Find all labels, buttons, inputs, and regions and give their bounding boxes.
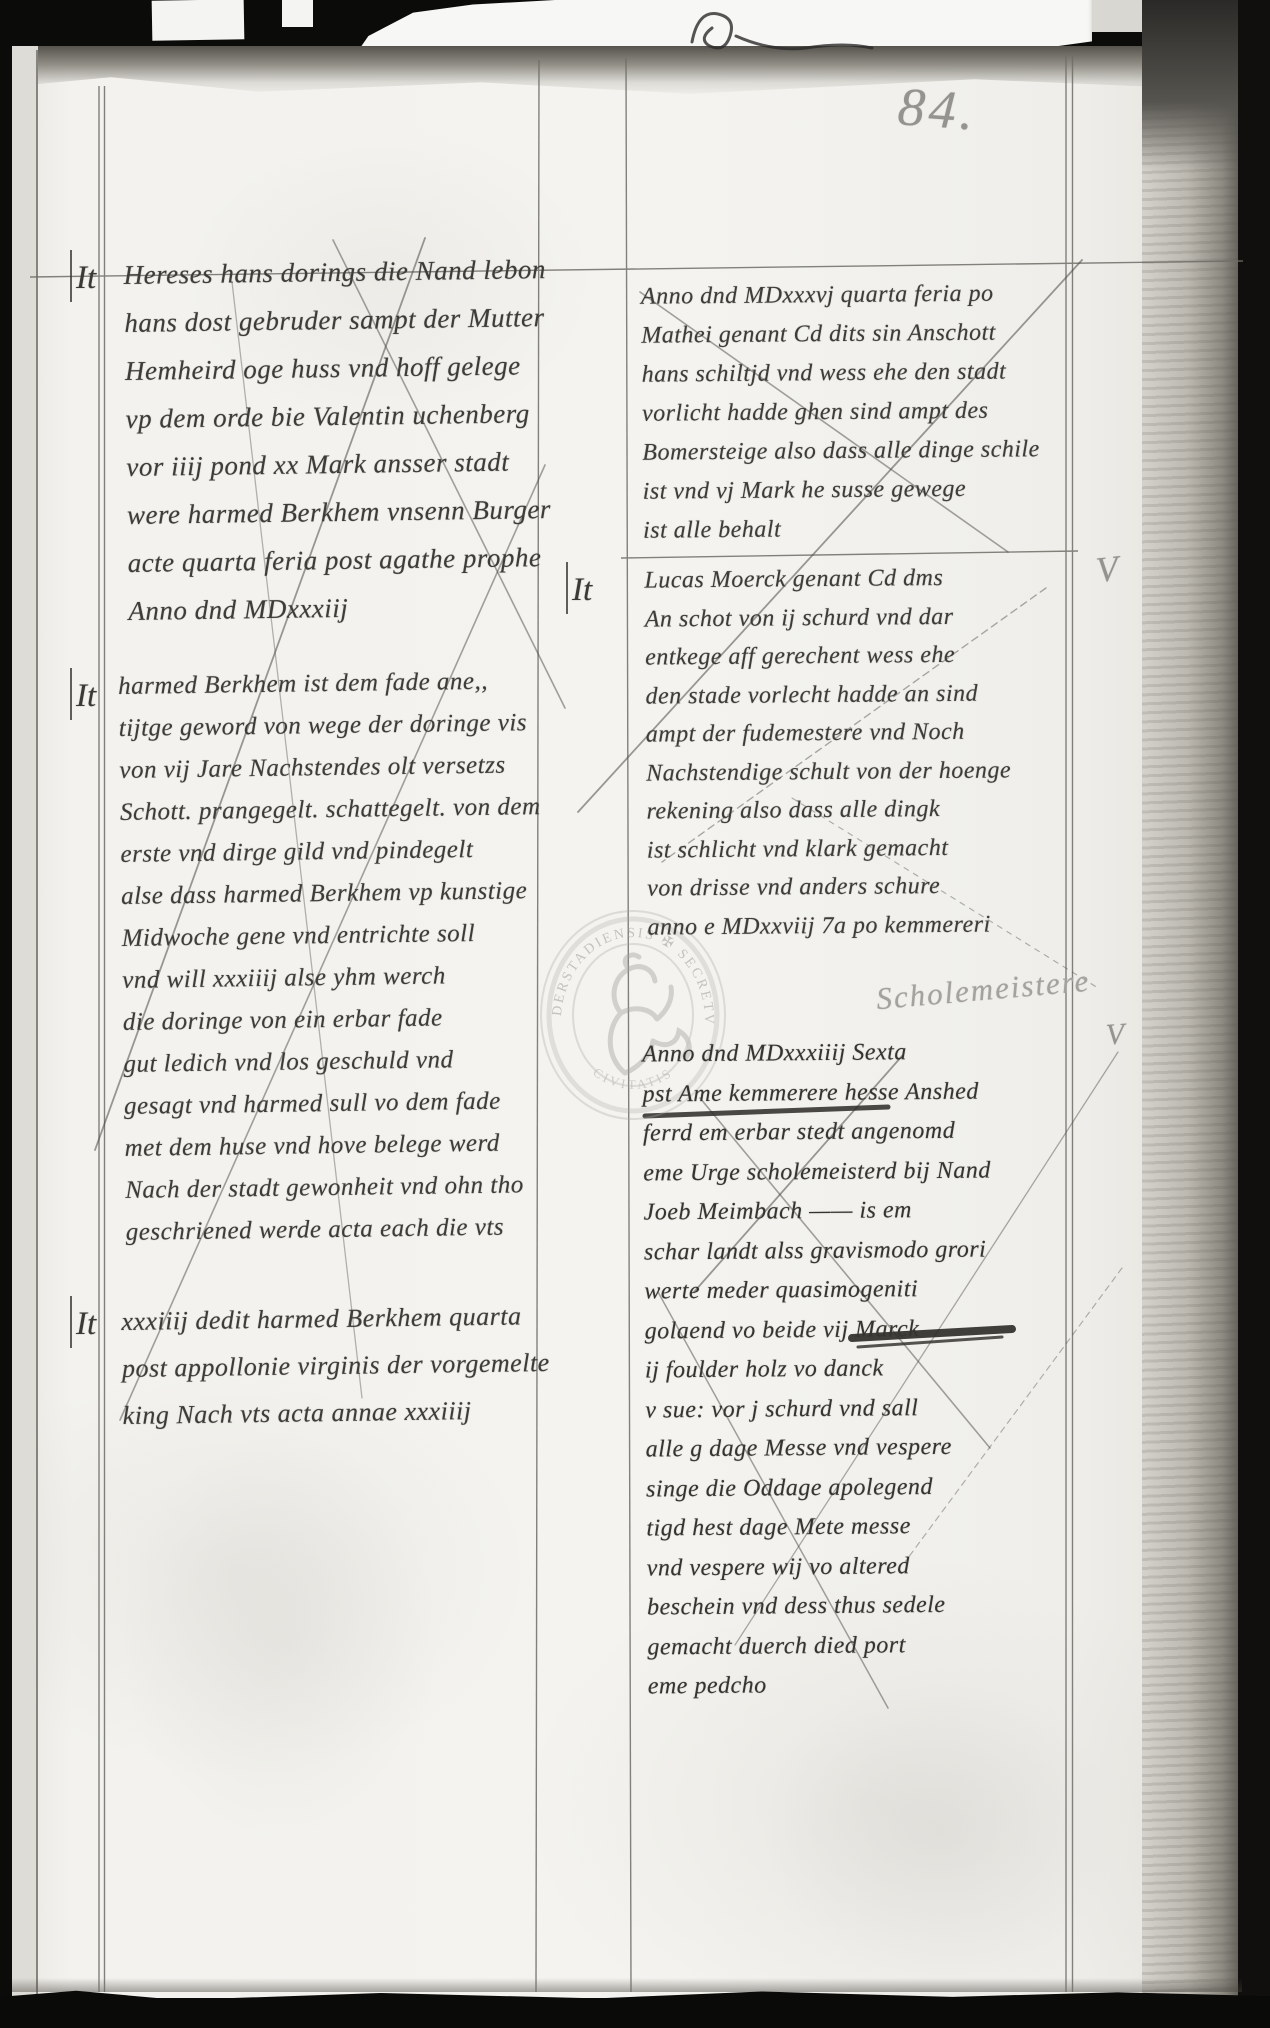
manuscript-line: met dem huse vnd hove belege werd — [124, 1122, 545, 1170]
manuscript-line: Hemheird oge huss vnd hoff gelege — [125, 341, 550, 395]
manuscript-line: Joeb Meimbach —— is em — [643, 1190, 991, 1233]
manuscript-line: gesagt vnd harmed sull vo dem fade — [124, 1080, 545, 1128]
manuscript-line: vnd will xxxiiij alse yhm werch — [122, 954, 543, 1002]
manuscript-line: geschriened werde acta each die vts — [126, 1206, 547, 1254]
manuscript-line: ist schlicht vnd klark gemacht — [647, 828, 1012, 870]
manuscript-line: die doringe von ein erbar fade — [123, 996, 544, 1044]
manuscript-line: rekening also dass alle dingk — [646, 789, 1011, 831]
manuscript-line: werte meder quasimogeniti — [644, 1269, 992, 1312]
manuscript-line: anno e MDxxviij 7a po kemmereri — [647, 905, 1012, 947]
manuscript-line: were harmed Berkhem vnsenn Burger — [127, 485, 552, 539]
manuscript-line: singe die Oddage apolegend — [646, 1467, 994, 1510]
manuscript-line: ist vnd vj Mark he susse gewege — [643, 469, 1041, 511]
manuscript-entry: Lucas Moerck genant Cd dmsAn schot von i… — [644, 558, 1012, 946]
manuscript-line: ist alle behalt — [643, 508, 1041, 550]
manuscript-line: hans schiltjd vnd wess ehe den stadt — [641, 352, 1039, 394]
manuscript-line: Nachstendige schult von der hoenge — [646, 751, 1011, 793]
manuscript-line: von drisse vnd anders schure — [647, 866, 1012, 908]
ruled-line-entry-divider — [621, 551, 1078, 558]
manuscript-line: eme Urge scholemeisterd bij Nand — [643, 1151, 991, 1194]
manuscript-line: king Nach vts acta annae xxxiiij — [122, 1386, 550, 1439]
pencil-check-mark: V — [1105, 1017, 1126, 1052]
manuscript-entry: Hereses hans dorings die Nand lebonhans … — [123, 245, 552, 635]
ruled-line-column-divider — [626, 58, 631, 1992]
manuscript-line: Mathei genant Cd dits sin Anschott — [641, 313, 1039, 355]
entry-marker: It — [70, 1296, 96, 1348]
manuscript-line: Midwoche gene vnd entrichte soll — [121, 912, 542, 960]
manuscript-scan: DVDERSTADIENSIS ✠ SECRETVM CIVITATIS It … — [0, 0, 1270, 2028]
manuscript-entry: xxxiiij dedit harmed Berkhem quartapost … — [121, 1292, 551, 1439]
manuscript-line: beschein vnd dess thus sedele — [647, 1585, 995, 1628]
manuscript-entry: Anno dnd MDxxxvj quarta feria poMathei g… — [641, 274, 1041, 550]
manuscript-line: acte quarta feria post agathe prophe — [127, 533, 552, 587]
manuscript-line: ij foulder holz vo danck — [645, 1348, 993, 1391]
manuscript-line: Anno dnd MDxxxiiij Sexta — [642, 1032, 990, 1075]
manuscript-line: Anno dnd MDxxxvj quarta feria po — [641, 274, 1039, 316]
manuscript-entry: Anno dnd MDxxxiiij Sextapst Ame kemmerer… — [642, 1032, 995, 1707]
manuscript-line: hans dost gebruder sampt der Mutter — [124, 293, 549, 347]
manuscript-line: den stade vorlecht hadde an sind — [645, 674, 1010, 716]
manuscript-line: von vij Jare Nachstendes olt versetzs — [119, 744, 540, 792]
manuscript-line: post appollonie virginis der vorgemelte — [122, 1339, 550, 1392]
manuscript-line: tigd hest dage Mete messe — [646, 1506, 994, 1549]
entry-marker: It — [566, 562, 592, 614]
manuscript-line: vp dem orde bie Valentin uchenberg — [125, 389, 550, 443]
manuscript-line: v sue: vor j schurd vnd sall — [645, 1388, 993, 1431]
manuscript-line: tijtge geword von wege der doringe vis — [119, 702, 540, 750]
manuscript-line: gut ledich vnd los geschuld vnd — [123, 1038, 544, 1086]
manuscript-line: ferrd em erbar stedt angenomd — [643, 1111, 991, 1154]
manuscript-line: golaend vo beide vij Marck — [644, 1309, 992, 1352]
manuscript-line: gemacht duerch died port — [647, 1625, 995, 1668]
top-ink-squiggle — [692, 14, 872, 49]
manuscript-line: Schott. prangegelt. schattegelt. von dem — [120, 786, 541, 834]
manuscript-line: Bomersteige also dass alle dinge schile — [642, 430, 1040, 472]
manuscript-line: erste vnd dirge gild vnd pindegelt — [120, 828, 541, 876]
manuscript-line: Nach der stadt gewonheit vnd ohn tho — [125, 1164, 546, 1212]
manuscript-line: An schot von ij schurd vnd dar — [645, 597, 1010, 639]
entry-marker: It — [70, 668, 96, 720]
manuscript-line: harmed Berkhem ist dem fade ane,, — [118, 660, 539, 708]
manuscript-line: vor iiij pond xx Mark ansser stadt — [126, 437, 551, 491]
manuscript-line: vnd vespere wij vo altered — [647, 1546, 995, 1589]
manuscript-line: schar landt alss gravismodo grori — [644, 1230, 992, 1273]
manuscript-line: ampt der fudemestere vnd Noch — [646, 712, 1011, 754]
manuscript-line: alse dass harmed Berkhem vp kunstige — [121, 870, 542, 918]
manuscript-line: eme pedcho — [648, 1664, 996, 1707]
manuscript-entry: harmed Berkhem ist dem fade ane,,tijtge … — [118, 660, 547, 1254]
manuscript-line: Hereses hans dorings die Nand lebon — [123, 245, 548, 299]
manuscript-line: vorlicht hadde ghen sind ampt des — [642, 391, 1040, 433]
manuscript-line: xxxiiij dedit harmed Berkhem quarta — [121, 1292, 549, 1345]
manuscript-line: alle g dage Messe vnd vespere — [646, 1427, 994, 1470]
manuscript-line: Anno dnd MDxxxiij — [128, 581, 553, 635]
pencil-check-mark: V — [1094, 547, 1120, 591]
entry-marker: It — [70, 250, 96, 302]
manuscript-line: entkege aff gerechent wess ehe — [645, 635, 1010, 677]
manuscript-line: Lucas Moerck genant Cd dms — [644, 558, 1009, 600]
folio-number: 84. — [896, 75, 980, 142]
manuscript-line: pst Ame kemmerere hesse Anshed — [642, 1072, 990, 1115]
